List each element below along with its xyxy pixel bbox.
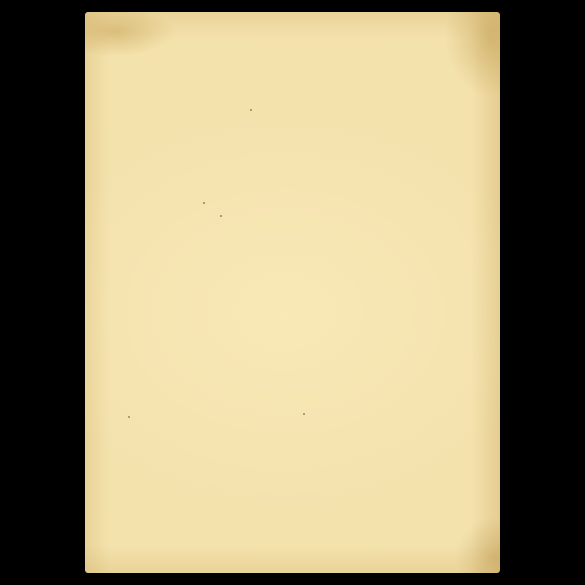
paper-speck (250, 109, 252, 111)
paper-speck (220, 215, 222, 217)
paper-speck (128, 416, 130, 418)
paper-speck (203, 202, 205, 204)
blank-aged-paper (85, 12, 500, 573)
paper-speck (303, 413, 305, 415)
